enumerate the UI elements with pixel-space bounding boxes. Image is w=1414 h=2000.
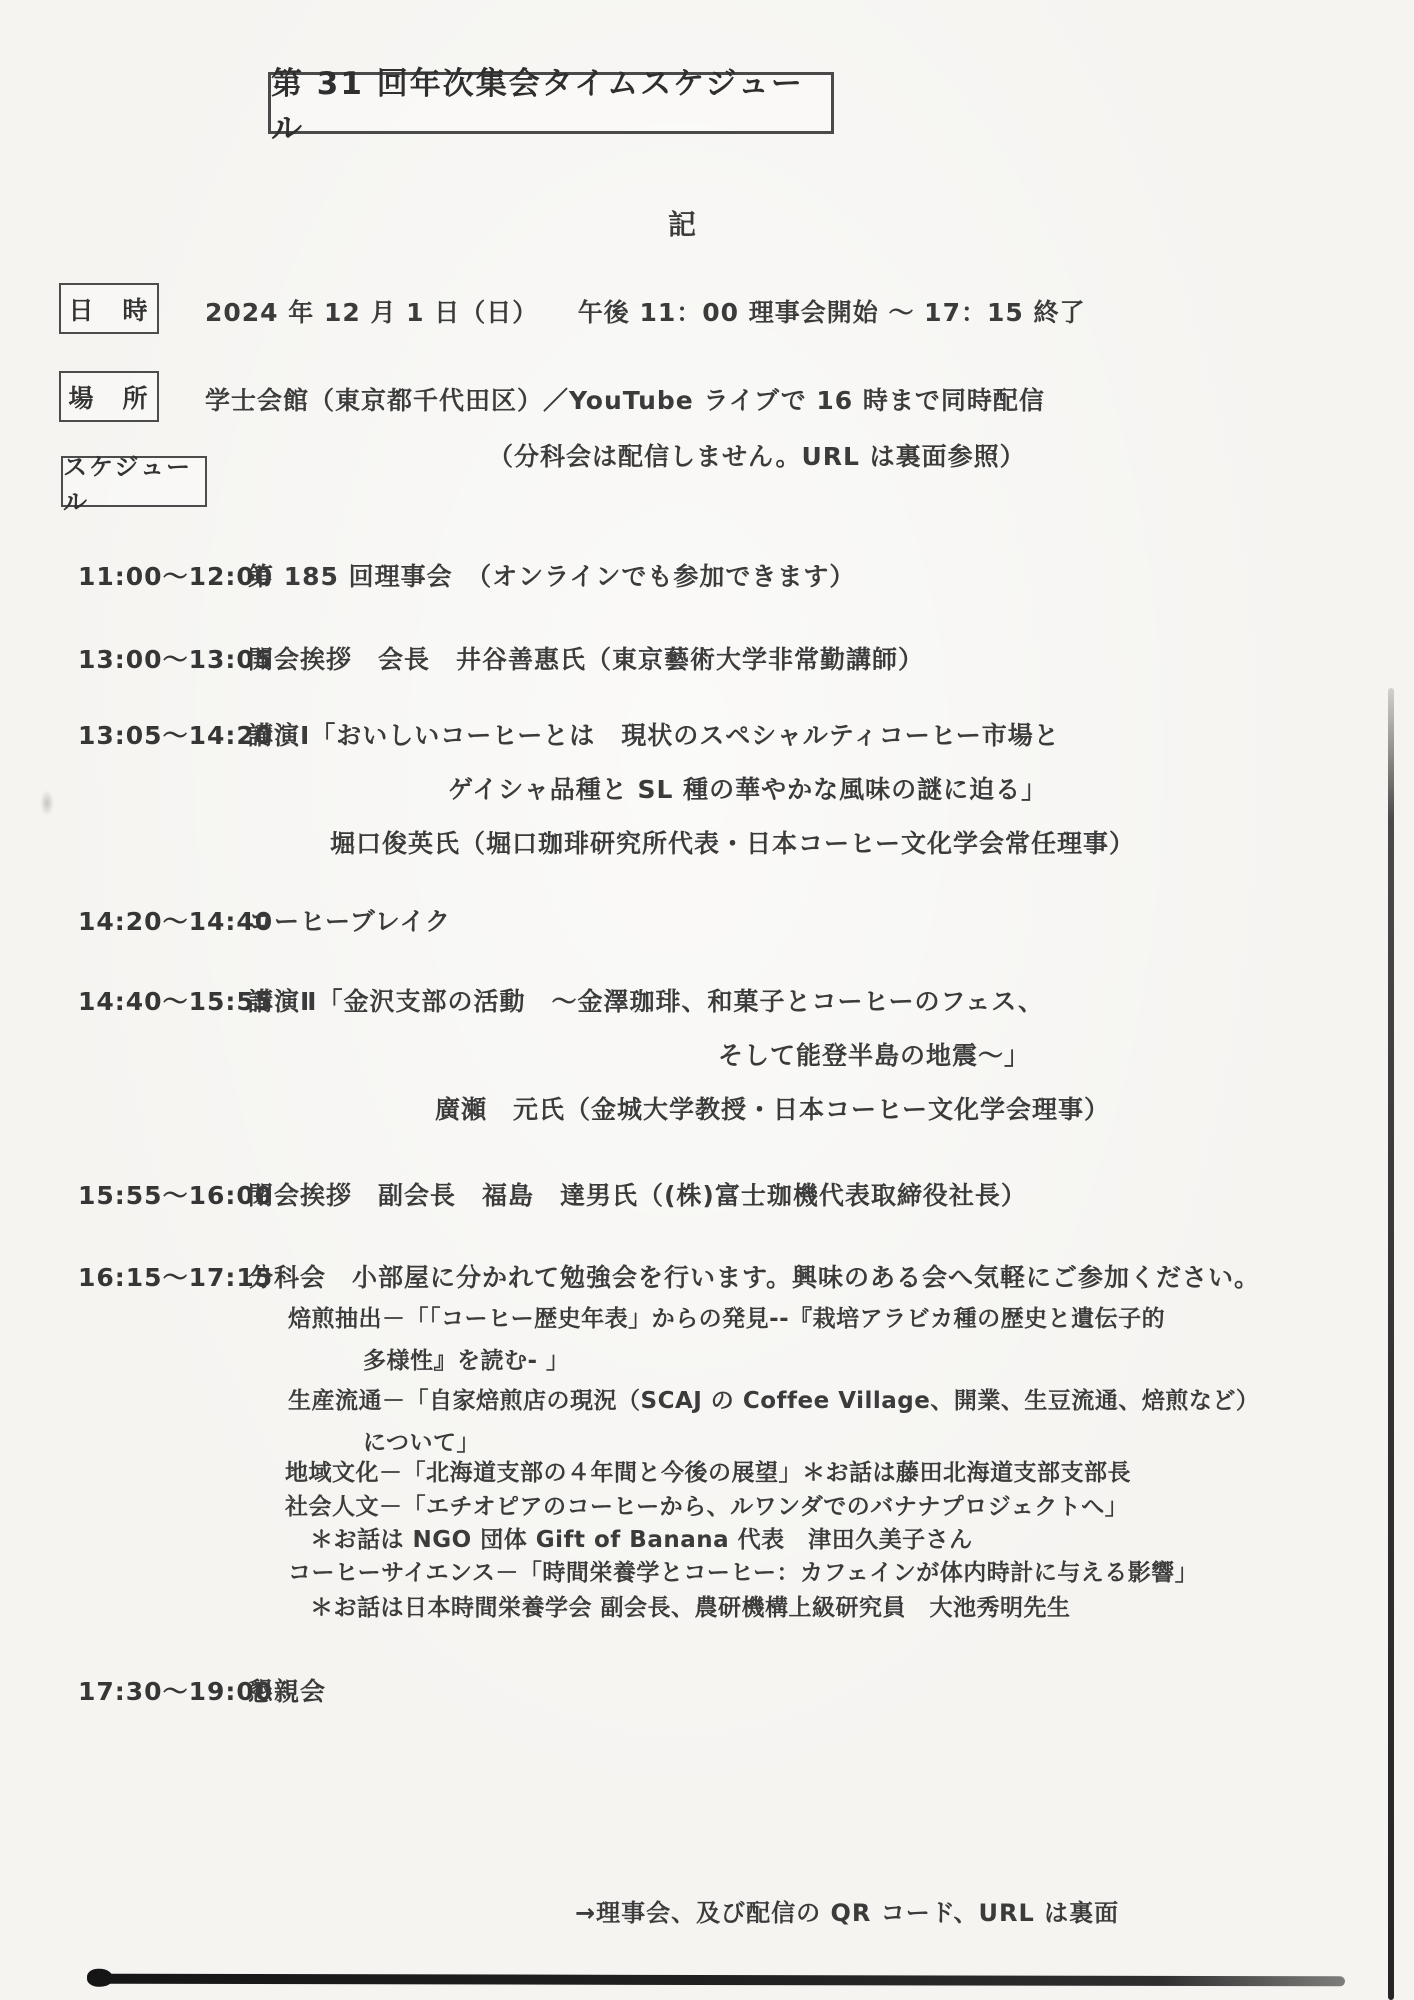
schedule-text: 分科会 小部屋に分かれて勉強会を行います。興味のある会へ気軽にご参加ください。 [248, 1258, 1260, 1294]
datetime-value: 2024 年 12 月 1 日（日） 午後 11：00 理事会開始 ～ 17：1… [205, 293, 1085, 329]
breakout-session-item-continuation: について」 [363, 1424, 480, 1457]
breakout-session-item: コーヒーサイエンス－「時間栄養学とコーヒー：カフェインが体内時計に与える影響」 [288, 1554, 1198, 1587]
place-label-box: 場 所 [59, 371, 159, 422]
breakout-session-speaker-note: ＊お話は日本時間栄養学会 副会長、農研機構上級研究員 大池秀明先生 [310, 1589, 1071, 1622]
schedule-time: 13:05～14:20 [78, 716, 273, 752]
schedule-speaker: 廣瀬 元氏（金城大学教授・日本コーヒー文化学会理事） [435, 1090, 1110, 1126]
schedule-time: 13:00～13:05 [78, 640, 273, 676]
breakout-session-item: 生産流通－「自家焙煎店の現況（SCAJ の Coffee Village、開業、… [288, 1382, 1259, 1415]
breakout-session-speaker-note: ＊お話は NGO 団体 Gift of Banana 代表 津田久美子さん [310, 1521, 973, 1554]
schedule-text: コーヒーブレイク [248, 902, 451, 938]
schedule-text: 懇親会 [248, 1672, 326, 1708]
schedule-heading-box: スケジュール [61, 456, 207, 507]
scan-edge-artifact-right [1388, 688, 1394, 2000]
schedule-time: 16:15～17:15 [78, 1258, 273, 1294]
schedule-time: 15:55～16:00 [78, 1176, 273, 1212]
schedule-time: 14:20～14:40 [78, 902, 273, 938]
schedule-text: 閉会挨拶 副会長 福島 達男氏（(株)富士珈機代表取締役社長） [248, 1176, 1027, 1212]
schedule-time: 17:30～19:00 [78, 1672, 273, 1708]
breakout-session-item: 社会人文－「エチオピアのコーヒーから、ルワンダでのバナナプロジェクトへ」 [285, 1488, 1128, 1521]
footer-note: →理事会、及び配信の QR コード、URL は裏面 [575, 1893, 1119, 1928]
datetime-label-box: 日 時 [59, 283, 159, 334]
schedule-text-continuation: そして能登半島の地震～」 [718, 1036, 1030, 1072]
place-note: （分科会は配信しません。URL は裏面参照） [488, 437, 1026, 473]
breakout-session-item: 焙煎抽出－「「コーヒー歴史年表」からの発見--『栽培アラビカ種の歴史と遺伝子的 [288, 1300, 1165, 1333]
schedule-speaker: 堀口俊英氏（堀口珈琲研究所代表・日本コーヒー文化学会常任理事） [330, 824, 1135, 860]
schedule-text-continuation: ゲイシャ品種と SL 種の華やかな風味の謎に迫る」 [448, 770, 1047, 806]
schedule-text: 講演Ⅱ「金沢支部の活動 ～金澤珈琲、和菓子とコーヒーのフェス、 [248, 982, 1044, 1018]
schedule-text: 第 185 回理事会 （オンラインでも参加できます） [248, 557, 855, 593]
document-title-box: 第 31 回年次集会タイムスケジュール [268, 72, 834, 134]
breakout-session-item-continuation: 多様性』を読む- 」 [363, 1342, 570, 1375]
schedule-time: 11:00～12:00 [78, 557, 273, 593]
schedule-text: 講演Ⅰ「おいしいコーヒーとは 現状のスペシャルティコーヒー市場と [248, 716, 1060, 752]
scan-edge-artifact-bottom [93, 1974, 1345, 1987]
scanned-schedule-page: 第 31 回年次集会タイムスケジュール 記 日 時 2024 年 12 月 1 … [0, 0, 1414, 2000]
breakout-session-item: 地域文化－「北海道支部の４年間と今後の展望」＊お話は藤田北海道支部支部長 [285, 1454, 1131, 1487]
memo-mark: 記 [668, 203, 698, 243]
place-value: 学士会館（東京都千代田区）／YouTube ライブで 16 時まで同時配信 [205, 381, 1045, 417]
schedule-text: 開会挨拶 会長 井谷善惠氏（東京藝術大学非常勤講師） [248, 640, 924, 676]
schedule-time: 14:40～15:55 [78, 982, 273, 1018]
page-title: 第 31 回年次集会タイムスケジュール [271, 58, 831, 148]
scan-smudge-artifact [40, 790, 54, 816]
